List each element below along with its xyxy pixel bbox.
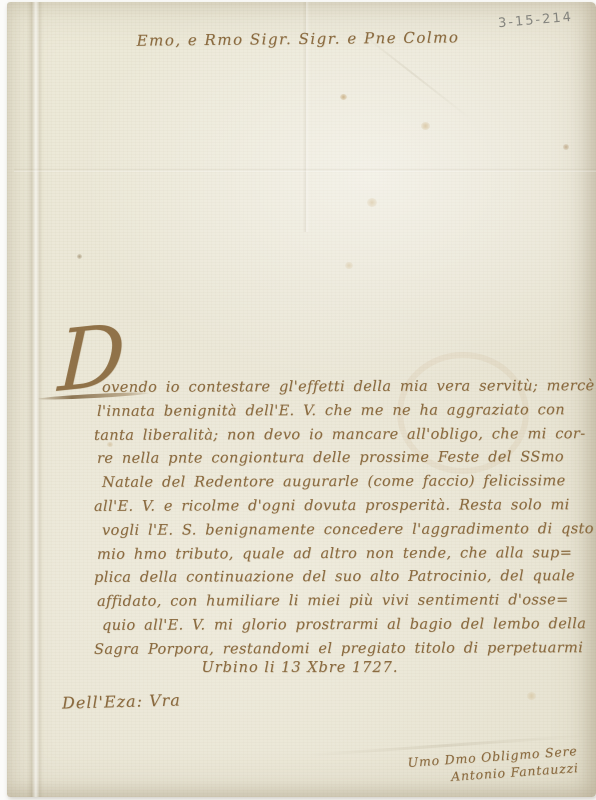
body-line: Sagra Porpora, restandomi el pregiato ti… <box>94 637 572 662</box>
body-line: Natale del Redentore augurarle (come fac… <box>102 470 572 495</box>
closing-formula: Dell'Eza: Vra <box>62 690 181 712</box>
body-line: ovendo io contestare gl'effetti della mi… <box>102 375 572 400</box>
foxing-spot <box>563 144 569 150</box>
foxing-spot <box>367 198 377 207</box>
fold-crease-horizontal <box>14 168 596 172</box>
body-line: mio hmo tributo, quale ad altro non tend… <box>97 542 572 567</box>
body-line: tanta liberalità; non devo io mancare al… <box>94 423 572 448</box>
foxing-spot <box>421 122 430 130</box>
body-line: re nella pnte congiontura delle prossime… <box>97 447 572 472</box>
body-line: vogli l'E. S. benignamente concedere l'a… <box>102 518 572 543</box>
foxing-spot <box>527 692 536 700</box>
body-line: plica della continuazione del suo alto P… <box>94 566 572 591</box>
foxing-spot <box>340 94 347 100</box>
letter-body: ovendo io contestare gl'effetti della mi… <box>102 376 572 662</box>
dateline: Urbino li 13 Xbre 1727. <box>160 660 440 676</box>
scanned-letter-page: 3-15-214 Emo, e Rmo Sigr. Sigr. e Pne Co… <box>0 0 596 800</box>
foxing-spot <box>77 254 82 259</box>
body-line: l'innata benignità dell'E. V. che me ne … <box>97 399 572 424</box>
body-line: quio all'E. V. mi glorio prostrarmi al b… <box>102 613 572 638</box>
body-line: all'E. V. e ricolme d'ogni dovuta prospe… <box>94 494 572 519</box>
foxing-spot <box>345 262 353 269</box>
body-line: affidato, con humiliare li miei più vivi… <box>97 589 572 614</box>
